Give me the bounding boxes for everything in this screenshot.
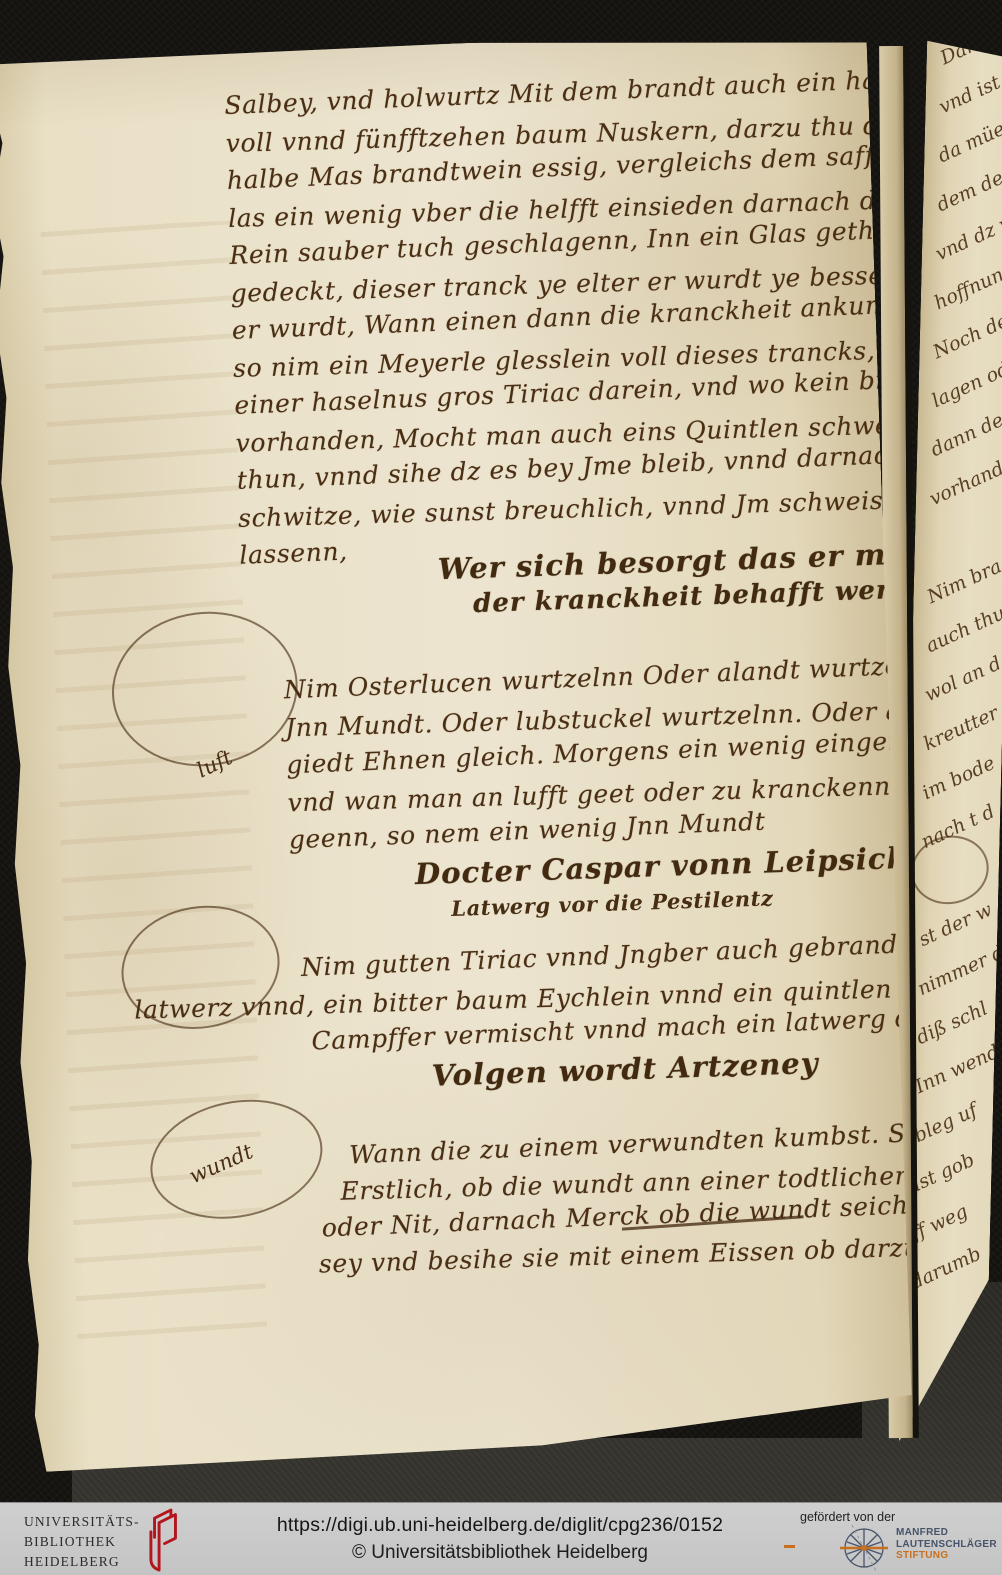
library-logo-icon — [140, 1508, 180, 1572]
paragraph-wound-advice: Wann die zu einem verwundten kumbst. So … — [319, 1114, 913, 1282]
funder-name-line: STIFTUNG — [896, 1550, 997, 1562]
subheading-latwerg: Latwerg vor die Pestilentz — [451, 885, 774, 921]
library-name-line: HEIDELBERG — [24, 1552, 140, 1572]
copyright-line: © Universitätsbibliothek Heidelberg — [240, 1542, 760, 1564]
paragraph-recipe-drink: Salbey, vnd holwurtz Mit dem brandt auch… — [224, 60, 913, 575]
dash-mark — [784, 1545, 795, 1548]
funder-name-line: LAUTENSCHLÄGER — [896, 1539, 997, 1551]
library-name-line: BIBLIOTHEK — [24, 1532, 140, 1552]
persistent-url: https://digi.ub.uni-heidelberg.de/diglit… — [240, 1514, 760, 1537]
library-name-line: UNIVERSITÄTS- — [24, 1512, 140, 1532]
library-name: UNIVERSITÄTS-BIBLIOTHEKHEIDELBERG — [24, 1512, 140, 1572]
footer-center: https://digi.ub.uni-heidelberg.de/diglit… — [240, 1503, 760, 1564]
funder-name: MANFRED LAUTENSCHLÄGER STIFTUNG — [896, 1527, 997, 1562]
stiftung-logo-icon — [838, 1522, 890, 1574]
footer-funder: gefördert von der MANFRED LAUTENSCHLÄGER… — [780, 1503, 1000, 1575]
manuscript-page: Salbey, vnd holwurtz Mit dem brandt auch… — [0, 30, 913, 1473]
funder-name-line: MANFRED — [896, 1527, 997, 1539]
paragraph-preventive: Nim Osterlucen wurtzelnn Oder alandt wur… — [283, 648, 913, 859]
footer-bar: UNIVERSITÄTS-BIBLIOTHEKHEIDELBERG https:… — [0, 1502, 1002, 1575]
